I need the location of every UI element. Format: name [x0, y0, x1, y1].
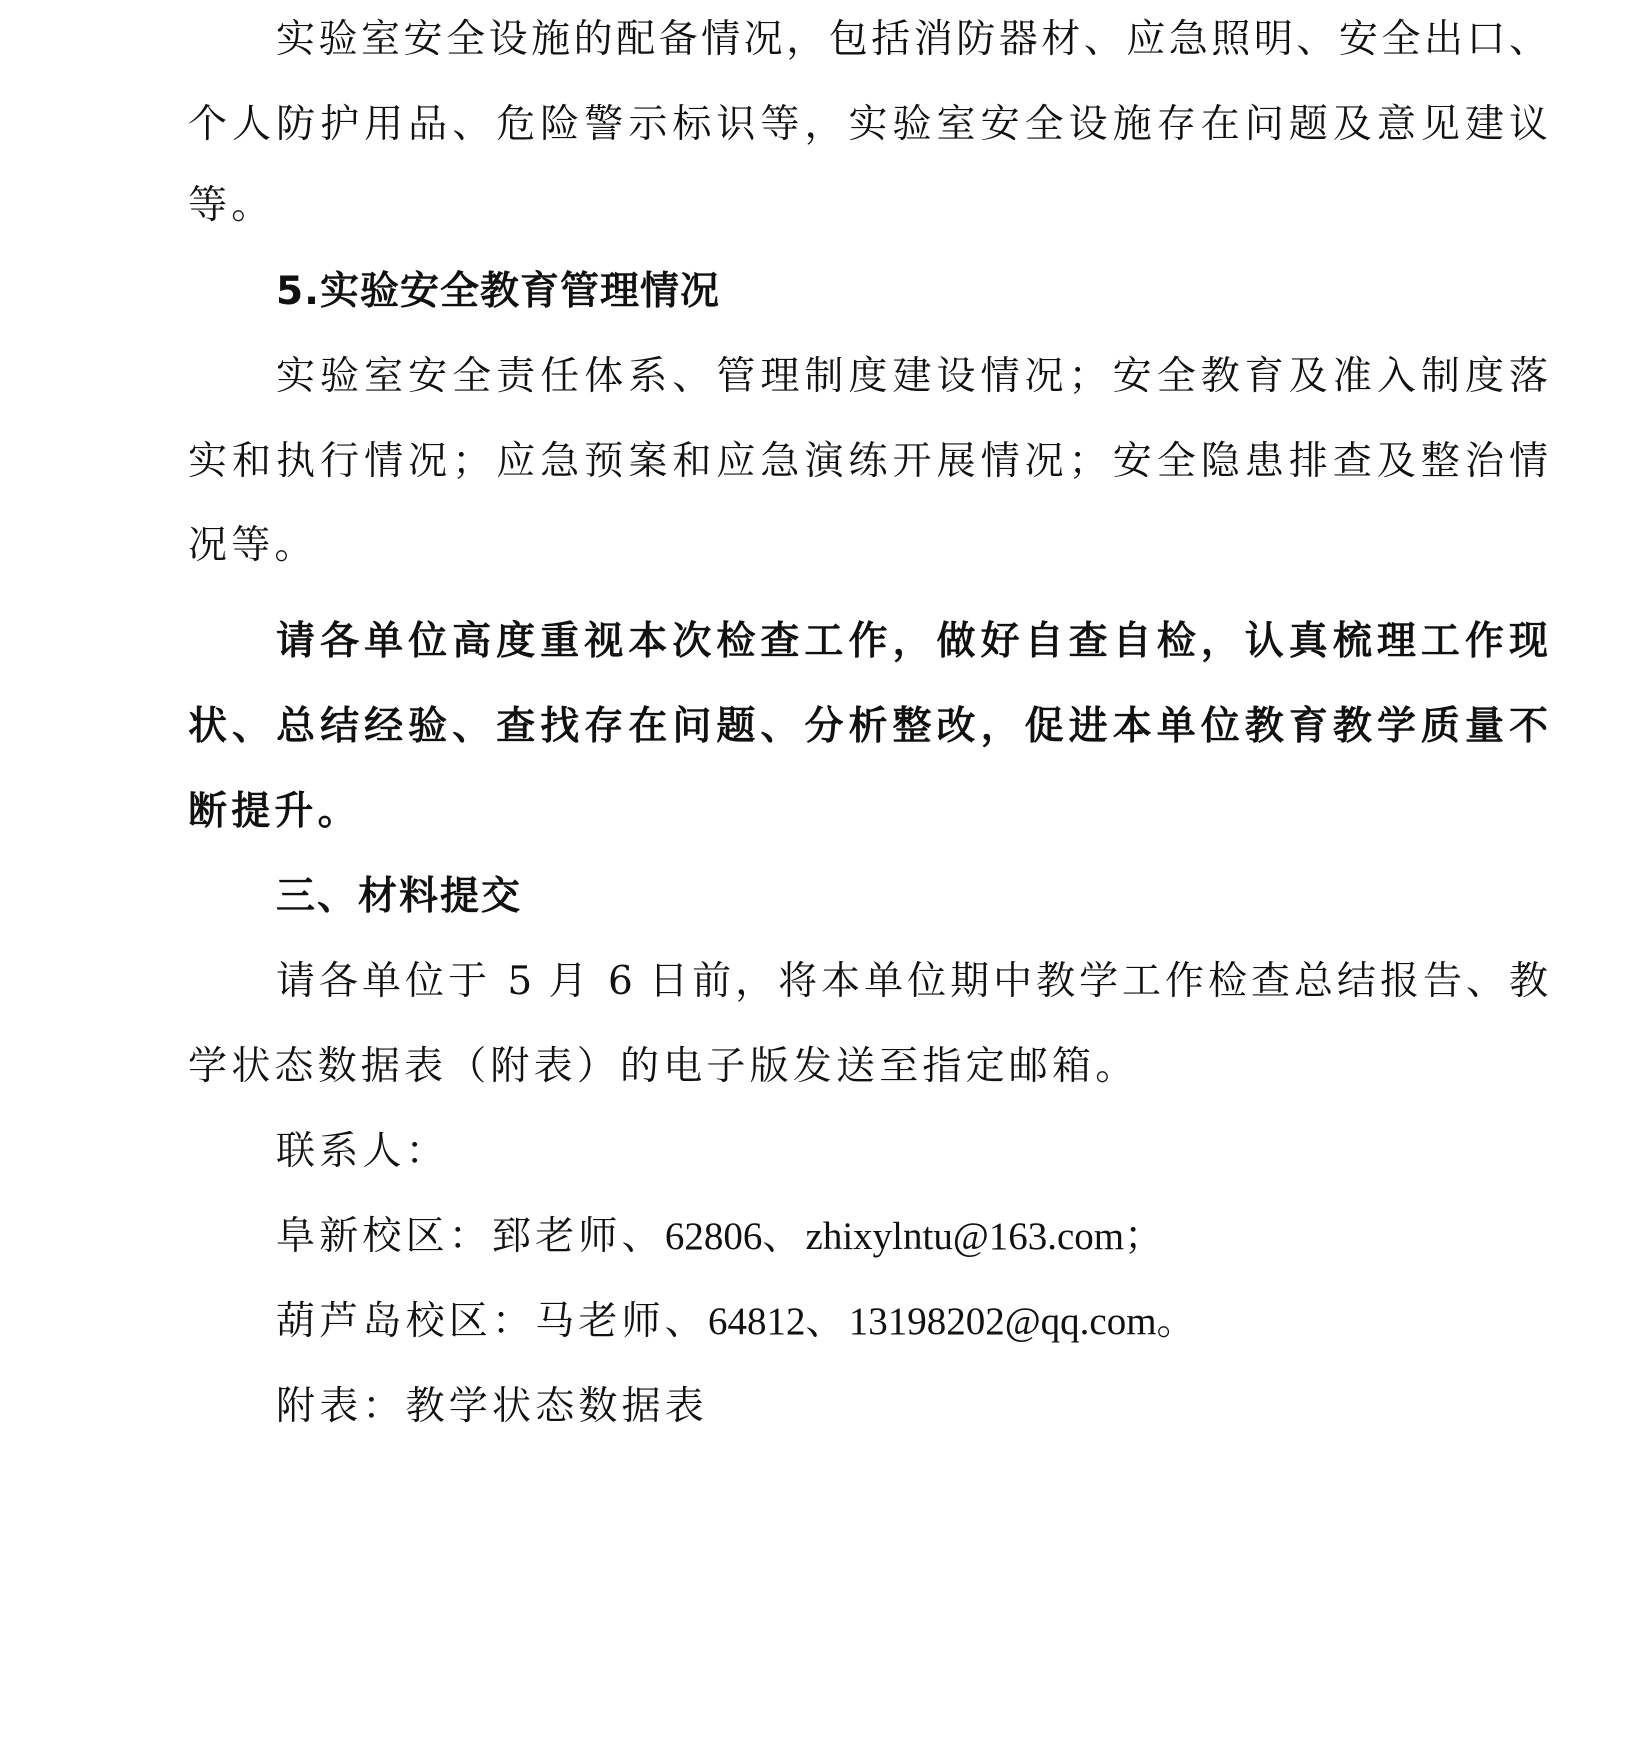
contact-fuxin-prefix: 阜新校区：郅老师、	[276, 1214, 665, 1259]
paragraph-education-line-3: 况等。	[188, 516, 1548, 576]
paragraph-submission-line-2: 学状态数据表（附表）的电子版发送至指定邮箱。	[188, 1037, 1548, 1097]
paragraph-emphasis-line-2: 状、总结经验、查找存在问题、分析整改，促进本单位教育教学质量不	[188, 697, 1548, 757]
contact-fuxin-phone: 62806	[665, 1215, 763, 1258]
contact-huludao-prefix: 葫芦岛校区：马老师、	[276, 1299, 708, 1344]
contact-huludao-phone: 64812	[708, 1300, 806, 1343]
contact-huludao: 葫芦岛校区：马老师、64812、13198202@qq.com。	[276, 1292, 1548, 1352]
paragraph-facilities-line-2: 个人防护用品、危险警示标识等，实验室安全设施存在问题及意见建议	[188, 95, 1548, 155]
paragraph-submission-line-1: 请各单位于 5 月 6 日前，将本单位期中教学工作检查总结报告、教	[276, 952, 1548, 1012]
paragraph-emphasis-line-1: 请各单位高度重视本次检查工作，做好自查自检，认真梳理工作现	[276, 612, 1548, 672]
section-heading-3: 三、材料提交	[276, 867, 1548, 927]
attachment-note: 附表：教学状态数据表	[276, 1377, 1548, 1437]
document-page: 实验室安全设施的配备情况，包括消防器材、应急照明、安全出口、 个人防护用品、危险…	[0, 0, 1652, 1764]
section-heading-5: 5.实验安全教育管理情况	[276, 262, 1548, 322]
paragraph-facilities-line-3: 等。	[188, 176, 1548, 236]
contact-fuxin-suffix: ；	[1124, 1214, 1167, 1259]
paragraph-education-line-1: 实验室安全责任体系、管理制度建设情况；安全教育及准入制度落	[276, 347, 1548, 407]
contact-fuxin: 阜新校区：郅老师、62806、zhixylntu@163.com；	[276, 1207, 1548, 1267]
paragraph-emphasis-line-3: 断提升。	[188, 782, 1548, 842]
paragraph-facilities-line-1: 实验室安全设施的配备情况，包括消防器材、应急照明、安全出口、	[276, 10, 1548, 70]
contact-huludao-suffix: 。	[1157, 1299, 1200, 1344]
contacts-label: 联系人：	[276, 1122, 1548, 1182]
paragraph-education-line-2: 实和执行情况；应急预案和应急演练开展情况；安全隐患排查及整治情	[188, 432, 1548, 492]
contact-huludao-email[interactable]: 13198202@qq.com	[849, 1300, 1157, 1343]
contact-huludao-sep: 、	[806, 1299, 849, 1344]
contact-fuxin-email[interactable]: zhixylntu@163.com	[806, 1215, 1125, 1258]
contact-fuxin-sep: 、	[762, 1214, 805, 1259]
